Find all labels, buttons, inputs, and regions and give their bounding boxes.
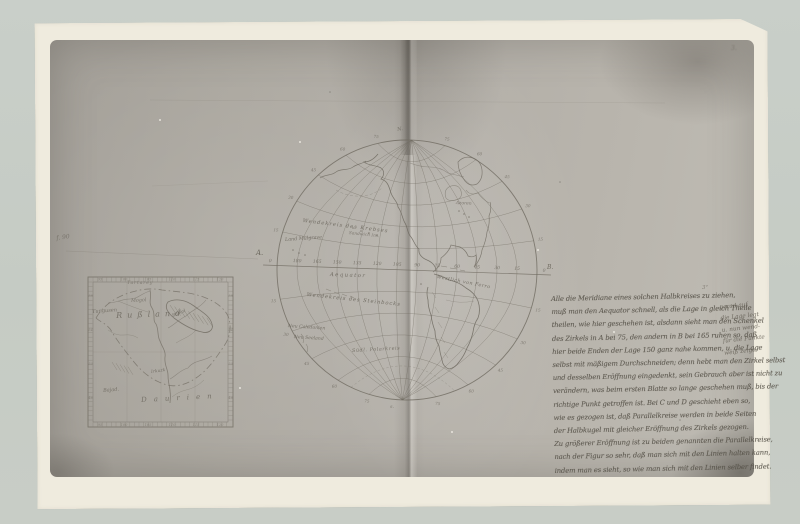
map-top-degree-label: 95 bbox=[98, 278, 103, 282]
rim-latitude-label: 60 bbox=[477, 151, 483, 156]
map-top-label: Tartarey bbox=[127, 282, 153, 287]
rim-latitude-label: 45 bbox=[504, 174, 511, 179]
south-pole-mark: s. bbox=[390, 405, 394, 410]
compass-point-a-label: A. bbox=[256, 250, 263, 257]
map-top-degree-label: 120 bbox=[217, 278, 225, 282]
equator-longitude-label: 45 bbox=[473, 264, 480, 270]
equator-longitude-label: 135 bbox=[353, 260, 362, 266]
equator-zero-right: 0 bbox=[543, 268, 546, 274]
map-bottom-degree-label: 115 bbox=[193, 423, 201, 427]
map-bottom-degree-label: 100 bbox=[121, 423, 129, 427]
azores-label: Azoren bbox=[456, 202, 472, 207]
rim-latitude-label: 45 bbox=[497, 368, 504, 373]
equator-longitude-label: 30 bbox=[494, 265, 500, 271]
map-bottom-degree-label: 110 bbox=[169, 423, 177, 427]
map-top-degree-label: 115 bbox=[193, 278, 201, 282]
rim-latitude-label: 60 bbox=[332, 384, 338, 389]
rim-latitude-label: 30 bbox=[525, 203, 531, 208]
equator-longitude-label: 165 bbox=[313, 259, 322, 265]
rim-latitude-label: 30 bbox=[283, 332, 289, 337]
rim-latitude-label: 75 bbox=[444, 136, 450, 141]
rim-latitude-label: 75 bbox=[373, 134, 379, 139]
equator-longitude-label: 120 bbox=[373, 261, 382, 267]
map-right-degree-label: 46 bbox=[227, 396, 233, 400]
equator-longitude-label: 150 bbox=[333, 259, 342, 265]
rim-latitude-label: 60 bbox=[469, 388, 475, 393]
equator-zero-left: 0 bbox=[269, 258, 272, 264]
map-right-degree-label: 54 bbox=[228, 328, 232, 332]
equator-longitude-label: 90 bbox=[414, 262, 420, 268]
map-top-degree-label: 110 bbox=[169, 278, 177, 282]
equator-longitude-label: 180 bbox=[293, 258, 302, 264]
rim-latitude-label: 15 bbox=[538, 237, 544, 242]
rim-latitude-label: 15 bbox=[273, 227, 279, 232]
map-bottom-degree-label: 120 bbox=[217, 423, 225, 427]
rim-latitude-label: 45 bbox=[303, 361, 310, 366]
map-bottom-degree-label: 105 bbox=[145, 423, 153, 427]
map-left-degree-label: 54 bbox=[88, 328, 92, 332]
rim-latitude-label: 30 bbox=[288, 195, 294, 200]
rim-latitude-label: 75 bbox=[435, 401, 441, 406]
rim-latitude-label: 45 bbox=[310, 167, 317, 172]
map-left-degree-label: 46 bbox=[87, 396, 93, 400]
rim-latitude-label: 60 bbox=[340, 146, 346, 151]
hemisphere-globe: 1515151530303030454545456060606075757575… bbox=[258, 130, 555, 410]
margin-note: gerad auf die Lage legt u. nun wend- für… bbox=[719, 299, 767, 360]
rim-latitude-label: 75 bbox=[364, 398, 370, 403]
equator-longitude-label: 15 bbox=[514, 266, 520, 272]
regional-map: 9595100100105105110110115115120120585854… bbox=[87, 277, 233, 427]
rim-latitude-label: 30 bbox=[520, 340, 526, 345]
rim-latitude-label: 15 bbox=[271, 298, 277, 303]
rim-latitude-label: 15 bbox=[535, 307, 541, 312]
equator-longitude-label: 105 bbox=[393, 262, 402, 268]
map-bottom-degree-label: 95 bbox=[98, 423, 103, 427]
north-pole-mark: N. bbox=[397, 127, 403, 133]
compass-point-b-label: B. bbox=[547, 265, 553, 271]
photo-mount: 9595100100105105110110115115120120585854… bbox=[0, 0, 800, 524]
map-north-place-label: Mogol bbox=[131, 299, 147, 305]
corner-number-mark: 3. bbox=[731, 46, 737, 52]
